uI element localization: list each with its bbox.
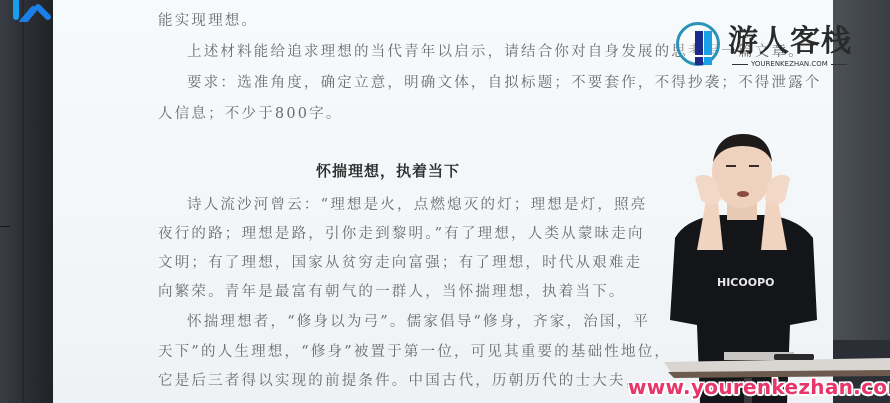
essay-line: 诗人流沙河曾云：“理想是火，点燃熄灭的灯；理想是灯，照亮 xyxy=(187,193,648,214)
doc-line: 能实现理想。 xyxy=(158,9,258,30)
essay-line: 怀揣理想者，“修身以为弓”。儒家倡导“修身，齐家，治国，平 xyxy=(187,310,650,331)
essay-line: 夜行的路；理想是路，引你走到黎明。”有了理想，人类从蒙昧走向 xyxy=(158,222,645,243)
essay-line: 文明；有了理想，国家从贫穷走向富强；有了理想，时代从艰难走 xyxy=(158,251,642,272)
watermark-logo: 游人客栈 YOURENKEZHAN.COM xyxy=(676,22,866,72)
left-dark-panel xyxy=(0,0,53,403)
essay-line: 它是后三者得以实现的前提条件。中国古代，历朝历代的士大夫， xyxy=(158,369,642,390)
watermark-emblem-icon xyxy=(676,22,720,66)
doc-line: 要求：选准角度，确定立意，明确文体，自拟标题；不要套作，不得抄袭；不得泄露个 xyxy=(187,71,822,92)
essay-line: 天下”的人生理想，“修身”被置于第一位，可见其重要的基础性地位， xyxy=(158,340,671,361)
watermark-url: www.yourenkezhan.com xyxy=(628,375,890,399)
panel-mark xyxy=(0,226,10,227)
doc-line: 人信息；不少于800字。 xyxy=(158,102,343,123)
essay-line: 向繁荣。青年是最富有朝气的一群人，当怀揣理想，执着当下。 xyxy=(158,280,626,301)
channel-logo-icon xyxy=(10,0,66,22)
shirt-print: HICOOPO xyxy=(717,276,775,289)
essay-title: 怀揣理想，执着当下 xyxy=(316,160,460,181)
watermark-title: 游人客栈 xyxy=(728,16,852,60)
watermark-subtitle: YOURENKEZHAN.COM xyxy=(732,60,847,68)
panel-seam xyxy=(22,0,24,403)
